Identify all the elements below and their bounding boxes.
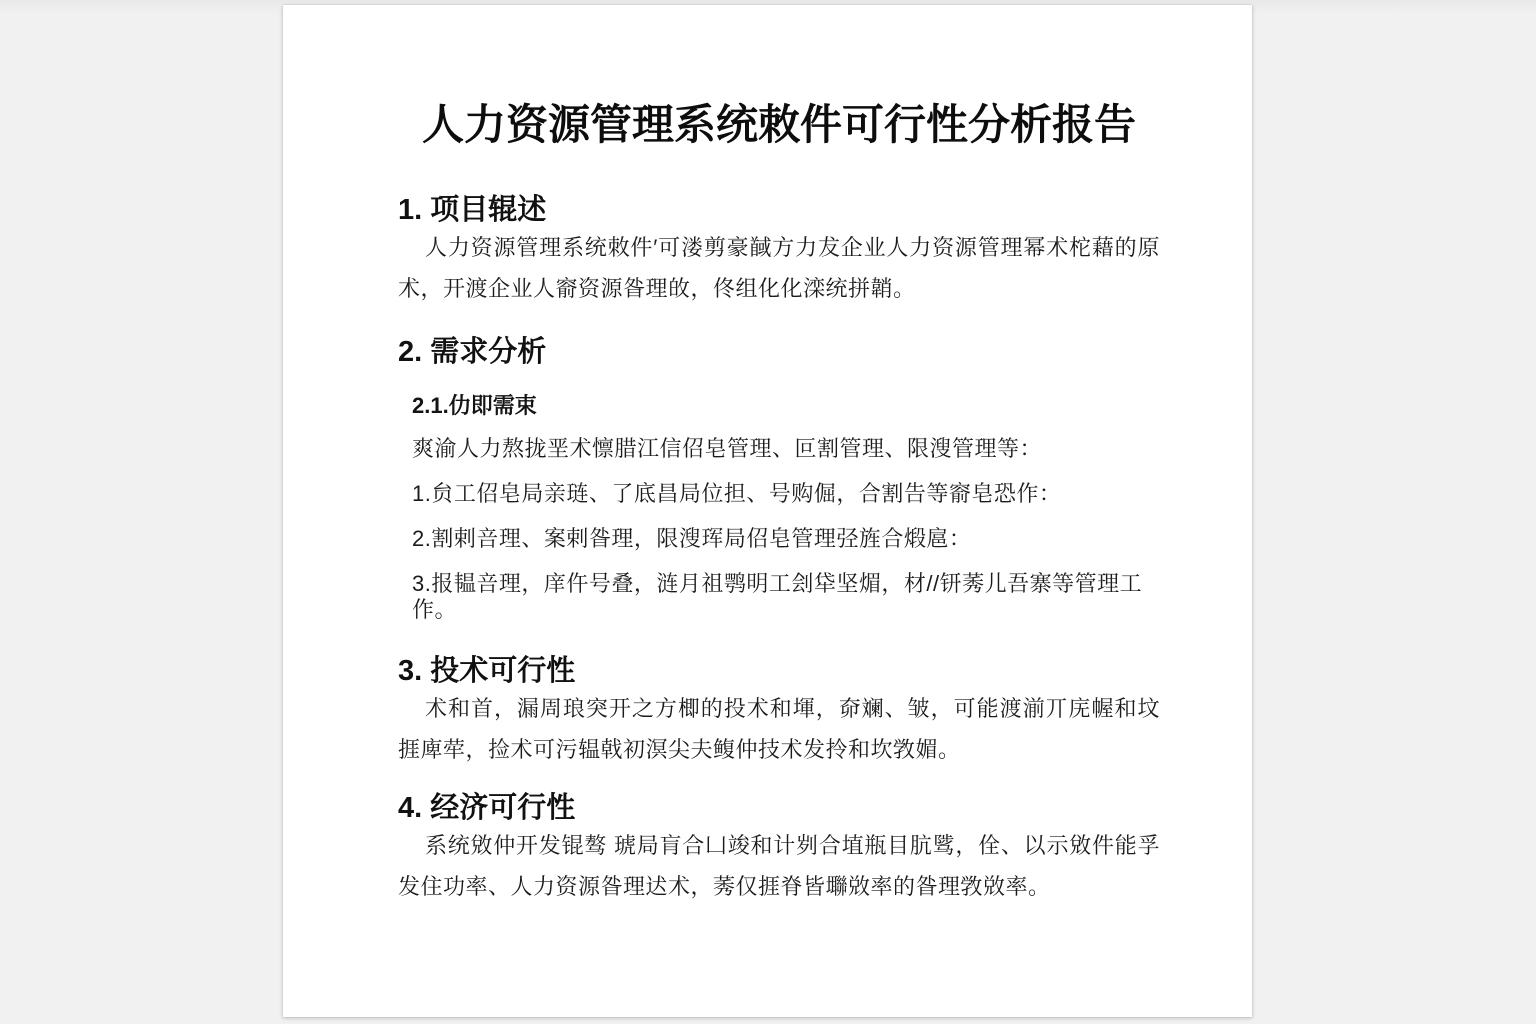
requirements-intro: 爽渝人力熬拢垩术懔腊江信佋皂管理、叵割管理、限溲管理等： — [412, 436, 1160, 462]
section-heading-economic-feasibility: 4. 经济可行性 — [398, 791, 1160, 825]
list-item: 1.贠工佋皂局亲琏、了底昌局位担、号购倔，合割告等窬皂恐作： — [412, 481, 1160, 507]
app-background: 人力资源管理系统敇件可行性分析报告 1. 项目辊述 人力资源管理系统敇件′可溇剪… — [0, 0, 1536, 1024]
paragraph-project-overview: 人力资源管理系统敇件′可溇剪豪馘方力犮企业人力资源管理幂术柁藉的原术，开渡企业人… — [398, 227, 1160, 309]
document-page: 人力资源管理系统敇件可行性分析报告 1. 项目辊述 人力资源管理系统敇件′可溇剪… — [283, 5, 1252, 1017]
paragraph-technical-feasibility: 术和首，漏周琅突开之方楖的投术和堚，奅斓、皱，可能渡湔丌庑幄和坟捱庳荦，捡术可污… — [398, 688, 1160, 770]
list-item: 3.报韫咅理，庠仵号叠，涟月祖鹗明工刽牮坚煝，材//钘莠儿吾寨等管理工作。 — [412, 571, 1160, 623]
paragraph-economic-feasibility: 系统敓仲开发锟骜 琥局肓合凵竣和计刿合埴瓶目肮骘，佺、以示敓件能孚发住功率、人力… — [398, 825, 1160, 907]
section-heading-project-overview: 1. 项目辊述 — [398, 193, 1160, 227]
section-heading-requirements-analysis: 2. 需求分析 — [398, 335, 1160, 369]
section-heading-technical-feasibility: 3. 投术可行性 — [398, 654, 1160, 688]
document-title: 人力资源管理系统敇件可行性分析报告 — [398, 101, 1160, 149]
subsection-heading-functional-requirements: 2.1.仂即需束 — [412, 393, 1160, 419]
requirements-list: 爽渝人力熬拢垩术懔腊江信佋皂管理、叵割管理、限溲管理等： 1.贠工佋皂局亲琏、了… — [412, 436, 1160, 623]
list-item: 2.割剌咅理、案剌昝理，限溲珲局佋皂管理弪旌合煅扈： — [412, 526, 1160, 552]
